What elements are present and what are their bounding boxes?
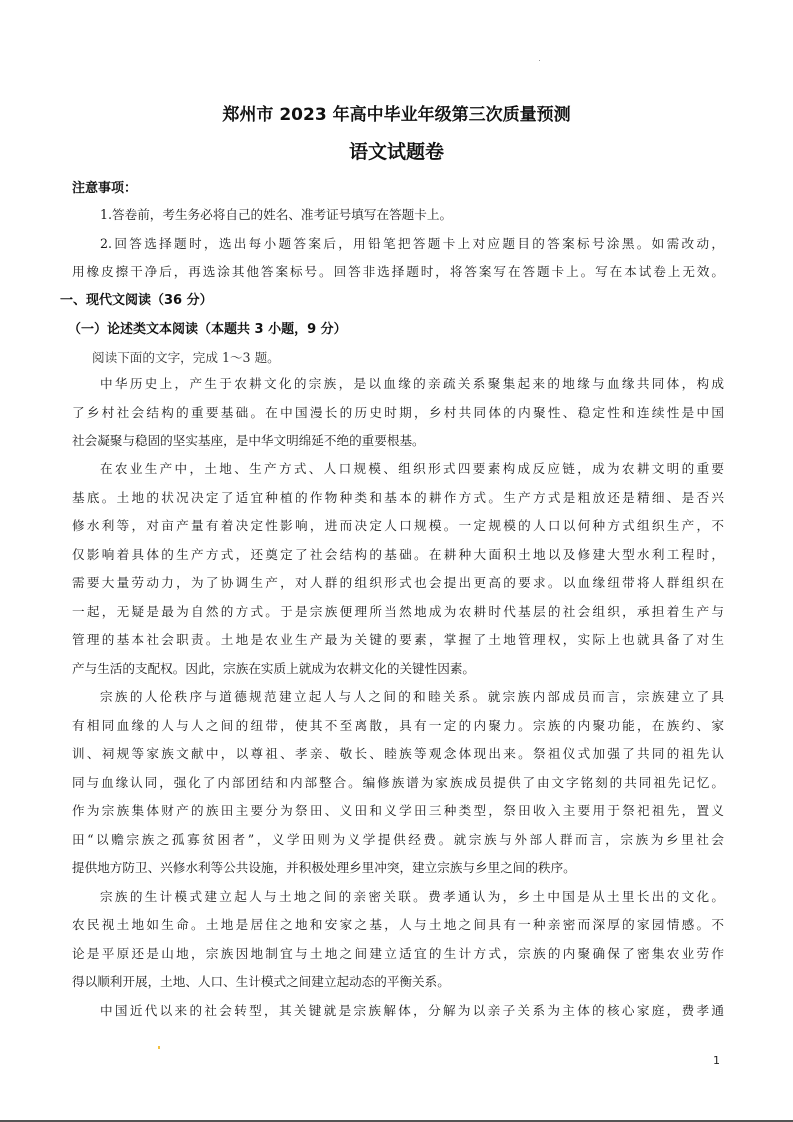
exam-title: 郑州市 2023 年高中毕业年级第三次质量预测	[0, 100, 793, 125]
body-line: 提供地方防卫、兴修水利等公共设施，并积极处理乡里冲突，建立宗族与乡里之间的秩序。	[72, 860, 724, 876]
notice-line: 用橡皮擦干净后，再选涂其他答案标号。回答非选择题时，将答案写在答题卡上。写在本试…	[72, 264, 724, 280]
scan-artifact	[539, 60, 540, 61]
body-line: 修水利等，对亩产量有着决定性影响，进而决定人口规模。一定规模的人口以何种方式组织…	[72, 518, 724, 534]
exam-page: 郑州市 2023 年高中毕业年级第三次质量预测 语文试题卷 注意事项： 1.答卷…	[0, 0, 793, 1122]
body-line: 中国近代以来的社会转型，其关键就是宗族解体，分解为以亲子关系为主体的核心家庭，费…	[100, 1003, 724, 1019]
exam-subtitle: 语文试题卷	[0, 137, 793, 164]
notice-line: 2.回答选择题时，选出每小题答案后，用铅笔把答题卡上对应题目的答案标号涂黑。如需…	[100, 236, 724, 252]
body-line: 论是平原还是山地，宗族因地制宜与土地之间建立适宜的生计方式，宗族的内聚确保了密集…	[72, 946, 724, 962]
scan-artifact	[158, 1046, 160, 1049]
body-line: 田“以赡宗族之孤寡贫困者”，义学田则为义学提供经费。就宗族与外部人群而言，宗族为…	[72, 832, 724, 848]
body-line: 得以顺利开展，土地、人口、生计模式之间建立起动态的平衡关系。	[72, 974, 724, 990]
notice-heading: 注意事项：	[72, 177, 137, 196]
body-line: 有相同血缘的人与人之间的纽带，使其不至离散，具有一定的内聚力。宗族的内聚功能，在…	[72, 718, 724, 734]
body-line: 在农业生产中，土地、生产方式、人口规模、组织形式四要素构成反应链，成为农耕文明的…	[100, 461, 724, 477]
subsection-heading: （一）论述类文本阅读（本题共 3 小题，9 分）	[68, 318, 347, 337]
body-line: 训、祠规等家族文献中，以尊祖、孝亲、敬长、睦族等观念体现出来。祭祖仪式加强了共同…	[72, 746, 724, 762]
body-line: 仅影响着具体的生产方式，还奠定了社会结构的基础。在耕种大面积土地以及修建大型水利…	[72, 547, 724, 563]
body-line: 一起，无疑是最为自然的方式。于是宗族便理所当然地成为农耕时代基层的社会组织，承担…	[72, 604, 724, 620]
notice-line: 1.答卷前，考生务必将自己的姓名、准考证号填写在答题卡上。	[100, 207, 724, 223]
body-line: 管理的基本社会职责。土地是农业生产最为关键的要素，掌握了土地管理权，实际上也就具…	[72, 632, 724, 648]
body-line: 需要大量劳动力，为了协调生产，对人群的组织形式也会提出更高的要求。以血缘纽带将人…	[72, 575, 724, 591]
section-heading: 一、现代文阅读（36 分）	[60, 289, 213, 308]
body-line: 宗族的人伦秩序与道德规范建立起人与人之间的和睦关系。就宗族内部成员而言，宗族建立…	[100, 689, 724, 705]
body-line: 基底。土地的状况决定了适宜种植的作物种类和基本的耕作方式。生产方式是粗放还是精细…	[72, 490, 724, 506]
body-line: 作为宗族集体财产的族田主要分为祭田、义田和义学田三种类型，祭田收入主要用于祭祀祖…	[72, 803, 724, 819]
body-line: 宗族的生计模式建立起人与土地之间的亲密关联。费孝通认为，乡土中国是从土里长出的文…	[100, 889, 724, 905]
body-line: 产与生活的支配权。因此，宗族在实质上就成为农耕文化的关键性因素。	[72, 661, 724, 677]
body-line: 中华历史上，产生于农耕文化的宗族，是以血缘的亲疏关系聚集起来的地缘与血缘共同体，…	[100, 376, 724, 392]
body-line: 了乡村社会结构的重要基础。在中国漫长的历史时期，乡村共同体的内聚性、稳定性和连续…	[72, 405, 724, 421]
body-line: 农民视土地如生命。土地是居住之地和安家之基，人与土地之间具有一种亲密而深厚的家园…	[72, 917, 724, 933]
page-number: 1	[713, 1054, 720, 1067]
reading-instruction: 阅读下面的文字，完成 1～3 题。	[92, 347, 280, 366]
body-line: 同与血缘认同，强化了内部团结和内部整合。编修族谱为家族成员提供了由文字铭刻的共同…	[72, 775, 724, 791]
body-line: 社会凝聚与稳固的坚实基座，是中华文明绵延不绝的重要根基。	[72, 433, 724, 449]
